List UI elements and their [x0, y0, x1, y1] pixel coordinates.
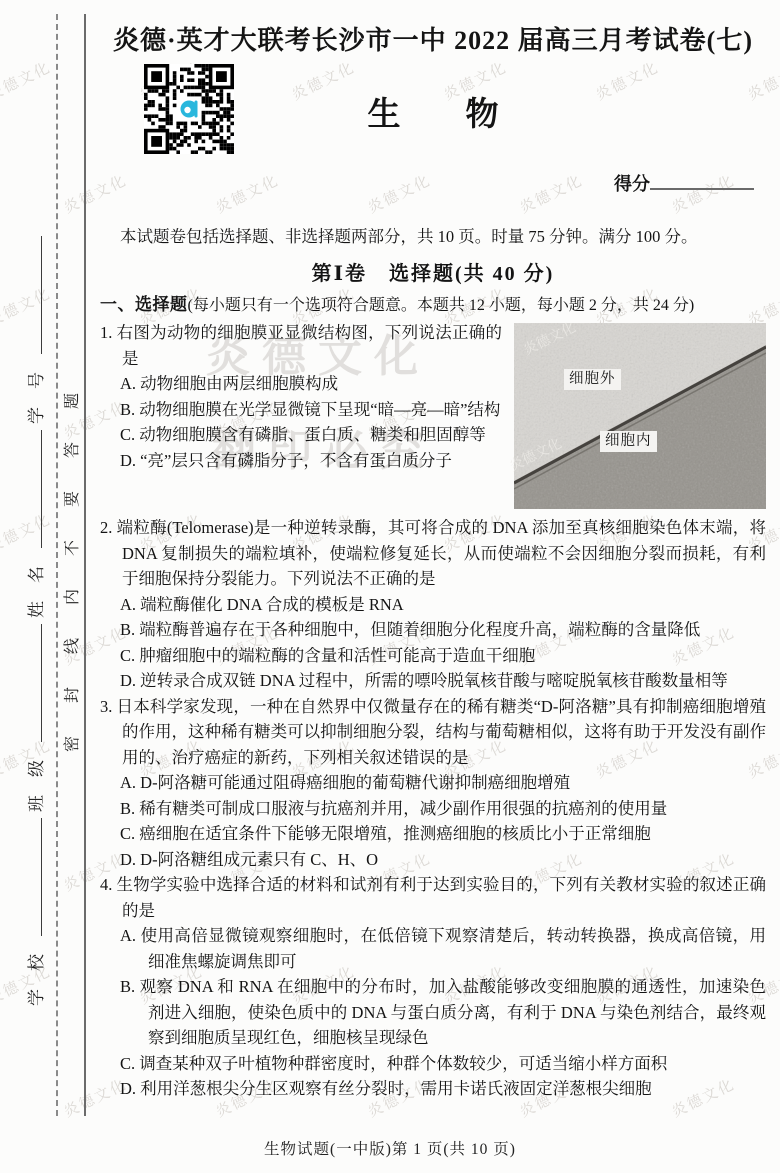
question-number: 1. — [100, 323, 112, 342]
option-d: D. 逆转录合成双链 DNA 过程中，所需的嘌呤脱氧核苷酸与嘧啶脱氧核苷酸数量相… — [120, 668, 766, 694]
section-1-title: 第Ⅰ卷 选择题(共 40 分) — [100, 257, 766, 286]
part-1-note: (每小题只有一个选项符合题意。本题共 12 小题，每小题 2 分，共 24 分) — [188, 297, 695, 314]
figure-label-inside-cell: 细胞内 — [600, 431, 657, 452]
option-d: D. 利用洋葱根尖分生区观察有丝分裂时，需用卡诺氏液固定洋葱根尖细胞 — [120, 1076, 766, 1102]
exam-header: 炎德·英才大联考长沙市一中 2022 届高三月考试卷(七) 生 物 得分 — [100, 12, 766, 218]
question-number: 2. — [100, 518, 112, 537]
seal-warning-text: 密封线内不要答题 — [59, 360, 82, 752]
micrograph-image — [514, 323, 766, 509]
score-blank — [650, 170, 754, 190]
sidebar-student-fields: 学校班级姓名学号 — [22, 230, 47, 1006]
options-list: A. 端粒酶催化 DNA 合成的模板是 RNA B. 端粒酶普遍存在于各种细胞中… — [120, 592, 766, 694]
exam-page: 炎德文化炎德文化炎德文化炎德文化炎德文化炎德文化炎德文化炎德文化炎德文化炎德文化… — [0, 0, 780, 1173]
question-stem-text: 右图为动物的细胞膜亚显微结构图，下列说法正确的是 — [116, 323, 502, 368]
options-list: A. 使用高倍显微镜观察细胞时，在低倍镜下观察清楚后，转动转换器，换成高倍镜，用… — [120, 923, 766, 1102]
question-2: 2.端粒酶(Telomerase)是一种逆转录酶，其可将合成的 DNA 添加至真… — [100, 515, 766, 694]
options-list: A. D-阿洛糖可能通过阻碍癌细胞的葡萄糖代谢抑制癌细胞增殖 B. 稀有糖类可制… — [120, 770, 766, 872]
seal-dashed-line — [56, 14, 58, 1116]
subject-title: 生 物 — [100, 88, 766, 135]
question-stem-text: 端粒酶(Telomerase)是一种逆转录酶，其可将合成的 DNA 添加至真核细… — [116, 518, 766, 588]
exam-title: 炎德·英才大联考长沙市一中 2022 届高三月考试卷(七) — [100, 20, 766, 57]
option-a: A. 端粒酶催化 DNA 合成的模板是 RNA — [120, 592, 766, 618]
option-c: C. 肿瘤细胞中的端粒酶的含量和活性可能高于造血干细胞 — [120, 643, 766, 669]
question-1: 炎德文化 炎德文化 细胞外 细胞内 1.右图为动物的细胞膜亚显微结构图，下列说法… — [100, 320, 766, 515]
seal-solid-line — [84, 14, 86, 1116]
part-1-heading: 一、选择题(每小题只有一个选项符合题意。本题共 12 小题，每小题 2 分，共 … — [100, 292, 766, 318]
question-stem: 2.端粒酶(Telomerase)是一种逆转录酶，其可将合成的 DNA 添加至真… — [100, 515, 766, 592]
option-a: A. 使用高倍显微镜观察细胞时，在低倍镜下观察清楚后，转动转换器，换成高倍镜，用… — [120, 923, 766, 974]
question-stem-text: 生物学实验中选择合适的材料和试剂有利于达到实验目的，下列有关教材实验的叙述正确的… — [116, 875, 766, 920]
membrane-micrograph-figure: 炎德文化 炎德文化 细胞外 细胞内 — [514, 323, 766, 509]
question-stem: 3.日本科学家发现，一种在自然界中仅微量存在的稀有糖类“D-阿洛糖”具有抑制癌细… — [100, 694, 766, 771]
part-1-label: 一、选择题 — [100, 295, 188, 314]
question-stem-text: 日本科学家发现，一种在自然界中仅微量存在的稀有糖类“D-阿洛糖”具有抑制癌细胞增… — [116, 697, 766, 767]
question-stem: 4.生物学实验中选择合适的材料和试剂有利于达到实验目的，下列有关教材实验的叙述正… — [100, 872, 766, 923]
option-d: D. D-阿洛糖组成元素只有 C、H、O — [120, 847, 766, 873]
score-label: 得分 — [614, 174, 650, 194]
option-b: B. 观察 DNA 和 RNA 在细胞中的分布时，加入盐酸能够改变细胞膜的通透性… — [120, 974, 766, 1051]
option-c: C. 调查某种双子叶植物种群密度时，种群个体数较少，可适当缩小样方面积 — [120, 1051, 766, 1077]
figure-label-outside-cell: 细胞外 — [564, 369, 621, 390]
exam-content: 炎德·英才大联考长沙市一中 2022 届高三月考试卷(七) 生 物 得分 本试题… — [100, 12, 766, 1102]
option-b: B. 稀有糖类可制成口服液与抗癌剂并用，减少副作用很强的抗癌剂的使用量 — [120, 796, 766, 822]
question-4: 4.生物学实验中选择合适的材料和试剂有利于达到实验目的，下列有关教材实验的叙述正… — [100, 872, 766, 1102]
option-b: B. 端粒酶普遍存在于各种细胞中，但随着细胞分化程度升高，端粒酶的含量降低 — [120, 617, 766, 643]
option-c: C. 癌细胞在适宜条件下能够无限增殖，推测癌细胞的核质比小于正常细胞 — [120, 821, 766, 847]
question-number: 3. — [100, 697, 112, 716]
question-number: 4. — [100, 875, 112, 894]
watermark-text: 炎德文化 — [0, 56, 54, 105]
score-row: 得分 — [614, 170, 754, 196]
exam-instructions: 本试题卷包括选择题、非选择题两部分，共 10 页。时量 75 分钟。满分 100… — [100, 224, 766, 249]
option-a: A. D-阿洛糖可能通过阻碍癌细胞的葡萄糖代谢抑制癌细胞增殖 — [120, 770, 766, 796]
question-3: 3.日本科学家发现，一种在自然界中仅微量存在的稀有糖类“D-阿洛糖”具有抑制癌细… — [100, 694, 766, 873]
page-footer: 生物试题(一中版)第 1 页(共 10 页) — [0, 1137, 780, 1159]
